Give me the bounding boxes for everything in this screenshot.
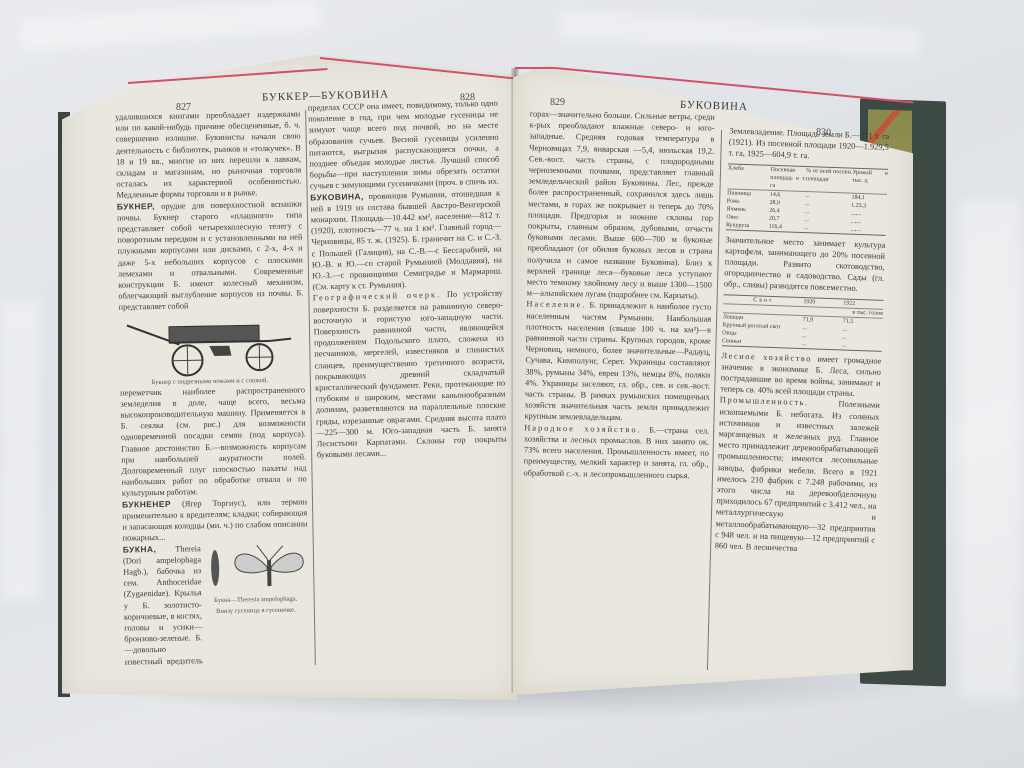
crops-table-cell: ... [804,224,850,234]
crops-table-cell: ...,... [850,225,886,234]
subhead-geography: Географический очерк. [313,291,442,303]
article-bukovina-industry: Полезными ископаемыми Б. небогата. Из со… [715,400,880,553]
plough-illustration-icon [119,314,300,379]
article-bukovina-landholding: Землевладение. Площадь земли Б.—271 т. г… [728,125,889,164]
plough-figure: Букнер с подрезными ножами и с сошкой. [119,314,305,387]
headword-bukovina: БУКОВИНА, [310,191,364,202]
crops-table: Хлеба Посевная площадь в т. га % от всей… [726,163,888,236]
livestock-table-header: 1920 [803,298,843,307]
moth-and-caterpillar-icon [205,541,306,593]
right-page-red-edge [515,67,555,69]
crops-table-cell: 116,4 [769,222,805,231]
article-bukovina-agriculture: Значительное место занимает культура кар… [724,234,886,296]
headword-bukna: БУКНА, [123,544,157,555]
cloth-fold [19,0,320,50]
article-bukinist-end: удалившихся книгами преобладает издержка… [115,108,302,201]
cloth-fold [960,200,1020,700]
right-column-1: горах—значительно больше. Сильные ветры,… [520,108,715,666]
subhead-forestry: Лесное хозяйство [721,351,812,363]
butterfly-figure-caption: Букна—Theresia ampelophaga. Внизу гусени… [206,593,306,617]
livestock-table-cell: ... [842,341,882,350]
article-bukovina-intro: провинция Румынии, отошедшая к ней в 191… [310,188,502,292]
livestock-table-cell: Свиньи [722,337,802,348]
article-bukna-text: Thereia (Dori ampelophaga Hagb.), бабочк… [123,544,204,667]
crops-table-header: % от всей посевн. площади [805,167,852,193]
livestock-table-header: 1922 [843,299,883,308]
headword-bukkener: БУКНЕНЕР [122,498,171,509]
subhead-economy: Народное хозяйство. [524,423,642,434]
subhead-population: Население. [526,300,586,310]
subhead-industry: Промышленность. [720,396,809,408]
headword-bukner: БУКНЕР, [117,201,155,212]
article-bukovina-climate: горах—значительно больше. Сильные ветры,… [527,108,715,302]
article-bukovina-geography: По устройству поверхности Б. разделяется… [313,289,507,460]
crops-table-header: Урожай в тыс. ц [852,168,888,193]
article-bukna-continued: пределах СССР она имеет, повидимому, тол… [308,98,500,193]
article-bukovina-population: Б. принадлежит к наиболее густо населенн… [524,301,711,423]
crops-table-header: Посевная площадь в т. га [770,165,806,190]
left-column-2: пределах СССР она имеет, повидимому, тол… [308,98,513,663]
column-number-829: 829 [550,97,565,108]
crops-table-cell: Кукуруза [726,221,769,230]
livestock-table: Скот 1920 1922 в тыс. голов Лошади71,971… [722,294,884,352]
cloth-fold [0,300,40,600]
livestock-table-cell: ... [802,340,842,349]
butterfly-figure: Букна—Theresia ampelophaga. Внизу гусени… [205,541,310,667]
crops-table-header: Хлеба [727,164,770,189]
left-column-1: удалившихся книгами преобладает издержка… [115,108,310,666]
cloth-fold [560,11,921,58]
article-bukner-text: орудие для поверхностной вспашки почвы. … [117,199,303,312]
right-column-2: Землевладение. Площадь земли Б.—271 т. г… [711,125,890,670]
article-bukner-continued: переметчик наиболее распространенного зе… [120,384,307,499]
